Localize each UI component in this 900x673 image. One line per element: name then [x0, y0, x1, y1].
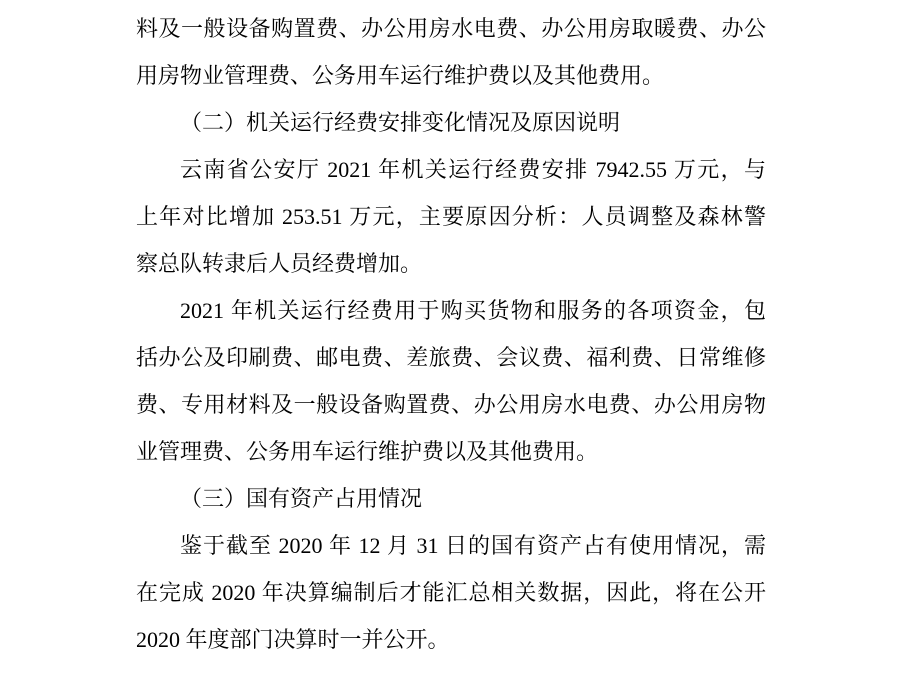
text-line: 2020 年度部门决算时一并公开。 — [136, 616, 766, 663]
text-line: 云南省公安厅 2021 年机关运行经费安排 7942.55 万元，与 — [136, 146, 766, 193]
text-line: 业管理费、公务用车运行维护费以及其他费用。 — [136, 428, 766, 475]
text-line: 括办公及印刷费、邮电费、差旅费、会议费、福利费、日常维修 — [136, 334, 766, 381]
text-line: 费、专用材料及一般设备购置费、办公用房水电费、办公用房物 — [136, 381, 766, 428]
text-line: 察总队转隶后人员经费增加。 — [136, 240, 766, 287]
text-line: 上年对比增加 253.51 万元，主要原因分析：人员调整及森林警 — [136, 193, 766, 240]
text-line: 鉴于截至 2020 年 12 月 31 日的国有资产占有使用情况，需 — [136, 522, 766, 569]
text-line: （二）机关运行经费安排变化情况及原因说明 — [136, 99, 766, 146]
document-viewport: { "page": { "background_color": "#ffffff… — [0, 0, 900, 673]
text-line: 2021 年机关运行经费用于购买货物和服务的各项资金，包 — [136, 287, 766, 334]
text-line: 在完成 2020 年决算编制后才能汇总相关数据，因此，将在公开 — [136, 569, 766, 616]
text-line: 料及一般设备购置费、办公用房水电费、办公用房取暖费、办公 — [136, 5, 766, 52]
text-line: （三）国有资产占用情况 — [136, 475, 766, 522]
document-body: 料及一般设备购置费、办公用房水电费、办公用房取暖费、办公用房物业管理费、公务用车… — [136, 5, 766, 663]
text-line: 用房物业管理费、公务用车运行维护费以及其他费用。 — [136, 52, 766, 99]
document-page: 料及一般设备购置费、办公用房水电费、办公用房取暖费、办公用房物业管理费、公务用车… — [136, 5, 766, 663]
